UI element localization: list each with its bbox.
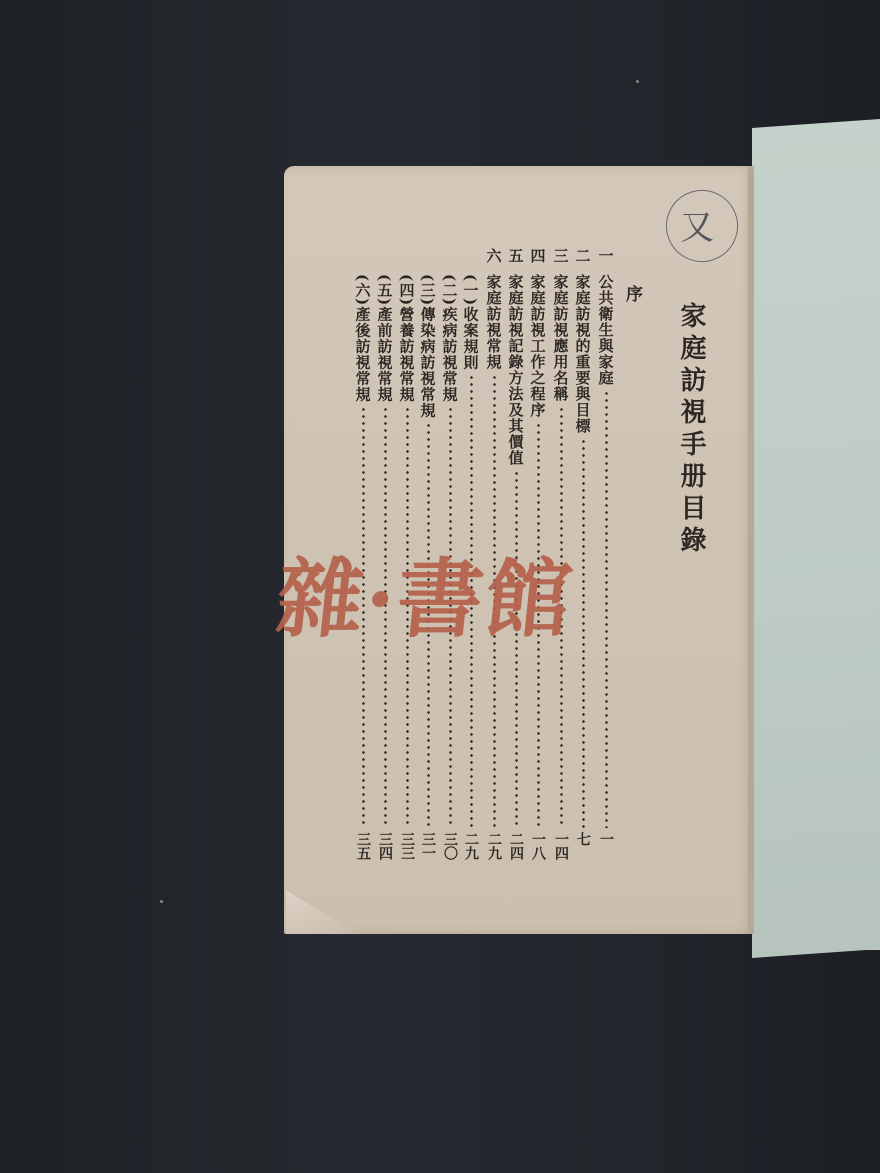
page-number: 二九 — [484, 832, 504, 868]
entry-title: (六)產後訪視常規 — [353, 274, 374, 402]
entry-title: (一)收案規則 — [461, 274, 482, 370]
entry-title: 家庭訪視常規 — [484, 274, 505, 370]
page-number: 二九 — [461, 832, 481, 868]
dotted-leader — [605, 390, 608, 828]
paper-speck — [470, 210, 473, 213]
chapter-number: 五 — [506, 248, 527, 274]
toc-preface: 序 — [620, 285, 645, 302]
page-number: 一四 — [551, 832, 571, 868]
chapter-number: 二 — [573, 248, 594, 274]
paper-speck — [636, 80, 639, 83]
page-number: 三三 — [397, 832, 417, 868]
handwritten-mark-text: 又 — [680, 200, 714, 249]
paper-speck — [160, 900, 163, 903]
page-number: 七 — [573, 832, 593, 868]
page-number: 三〇 — [440, 832, 460, 868]
entry-title: 家庭訪視工作之程序 — [528, 274, 549, 418]
page-number: 二四 — [506, 832, 526, 868]
entry-title: 家庭訪視的重要與目標 — [573, 274, 594, 434]
dotted-leader — [582, 438, 585, 828]
page-number: 三四 — [375, 832, 395, 868]
page-gutter — [748, 166, 754, 934]
entry-title: 公共衛生與家庭 — [596, 274, 617, 386]
book-cover-page — [752, 118, 880, 958]
chapter-number: 三 — [551, 248, 572, 274]
toc-entry: 一公共衛生與家庭一 — [596, 248, 616, 868]
entry-title: 家庭訪視應用名稱 — [551, 274, 572, 402]
page-title: 家庭訪視手册目錄 — [676, 302, 710, 558]
entry-title: (四)營養訪視常規 — [397, 274, 418, 402]
page-number: 一 — [596, 832, 616, 868]
entry-title: (五)產前訪視常規 — [375, 274, 396, 402]
entry-title: 家庭訪視記錄方法及其價值 — [506, 274, 527, 466]
watermark: 雜·書館 — [271, 530, 580, 654]
chapter-number: 六 — [484, 248, 505, 274]
entry-title: (三)傳染病訪視常規 — [418, 274, 439, 418]
chapter-number: 四 — [528, 248, 549, 274]
page-number: 三一 — [418, 832, 438, 868]
entry-title: (二)疾病訪視常規 — [440, 274, 461, 402]
page-number: 三五 — [353, 832, 373, 868]
chapter-number: 一 — [596, 248, 617, 274]
page-number: 一八 — [528, 832, 548, 868]
